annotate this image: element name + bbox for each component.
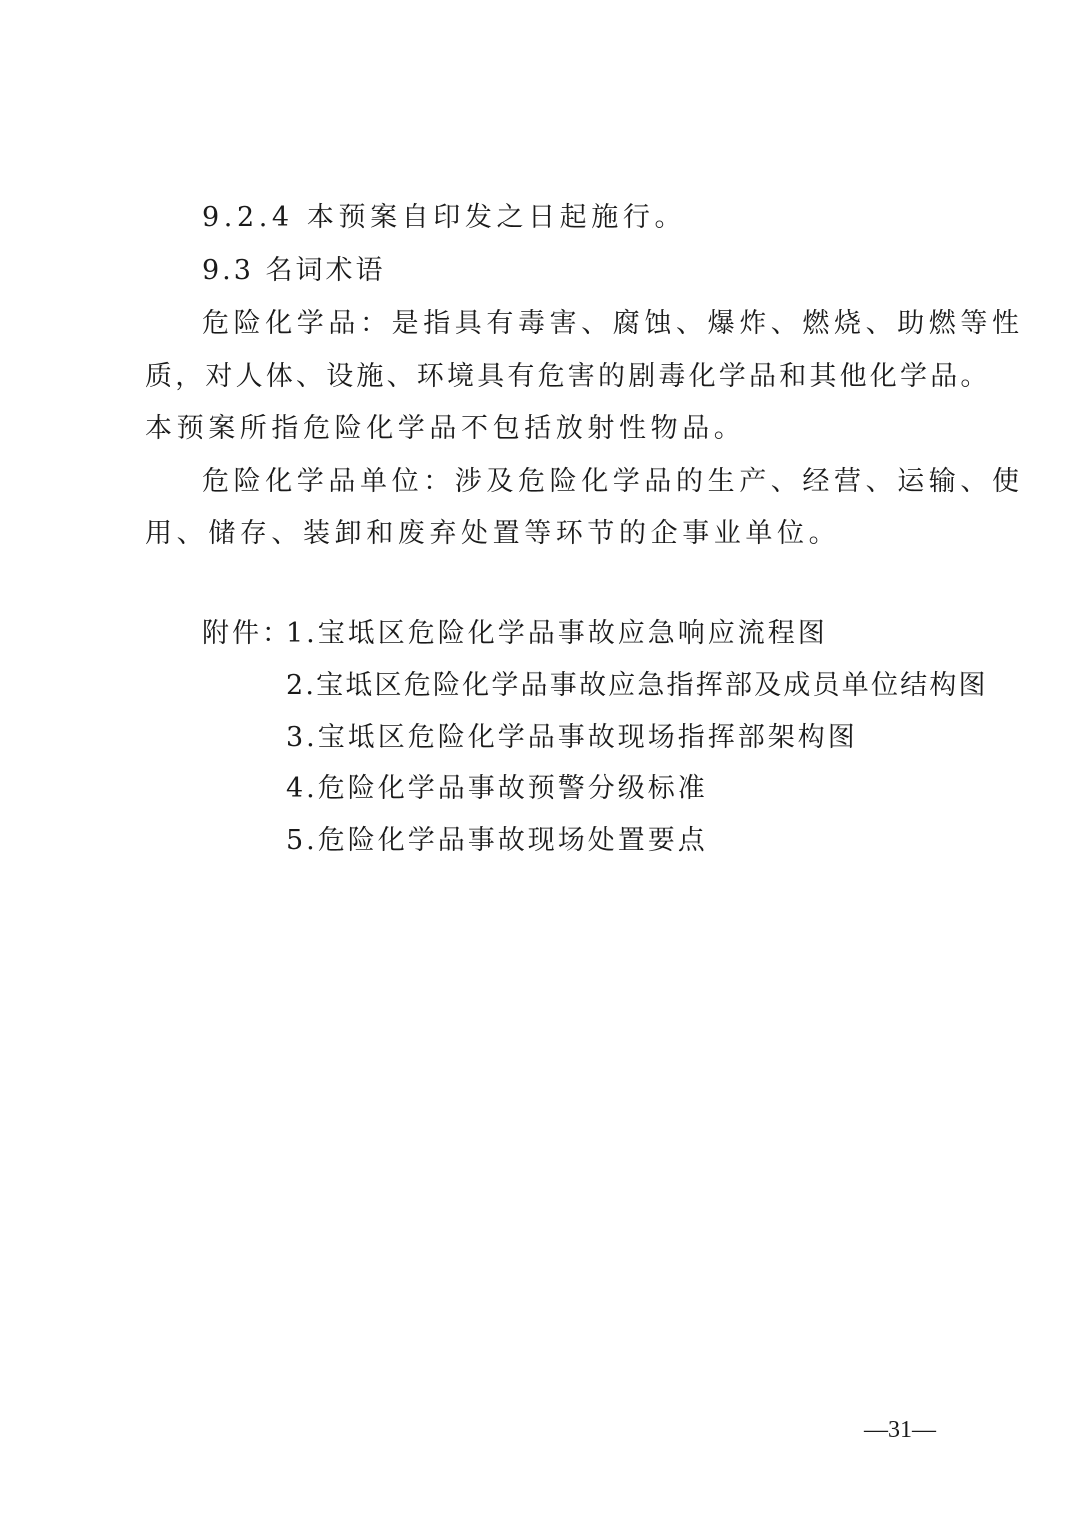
- definition-hazardous-chemicals-line-1: 危险化学品：是指具有毒害、腐蚀、爆炸、燃烧、助燃等性: [202, 306, 1024, 342]
- page-number: —31—: [864, 1415, 936, 1445]
- definition-hazardous-chemicals-line-3: 本预案所指危险化学品不包括放射性物品。: [145, 411, 745, 447]
- attachments-label: 附件：: [202, 616, 292, 652]
- definition-hazardous-chemicals-line-2: 质，对人体、设施、环境具有危害的剧毒化学品和其他化学品。: [145, 359, 991, 395]
- definition-chemical-units-line-1: 危险化学品单位：涉及危险化学品的生产、经营、运输、使: [202, 464, 1024, 500]
- attachment-item-2: 2.宝坻区危险化学品事故应急指挥部及成员单位结构图: [286, 668, 988, 704]
- attachment-item-3: 3.宝坻区危险化学品事故现场指挥部架构图: [286, 720, 858, 756]
- attachment-item-5: 5.危险化学品事故现场处置要点: [286, 823, 708, 859]
- attachment-item-4: 4.危险化学品事故预警分级标准: [286, 771, 708, 807]
- attachment-item-1: 1.宝坻区危险化学品事故应急响应流程图: [286, 616, 828, 652]
- section-heading-9-3: 9.3 名词术语: [202, 253, 386, 289]
- document-page: 9.2.4 本预案自印发之日起施行。 9.3 名词术语 危险化学品：是指具有毒害…: [0, 0, 1074, 1520]
- definition-chemical-units-line-2: 用、储存、装卸和废弃处置等环节的企事业单位。: [145, 516, 840, 552]
- clause-9-2-4: 9.2.4 本预案自印发之日起施行。: [202, 200, 686, 236]
